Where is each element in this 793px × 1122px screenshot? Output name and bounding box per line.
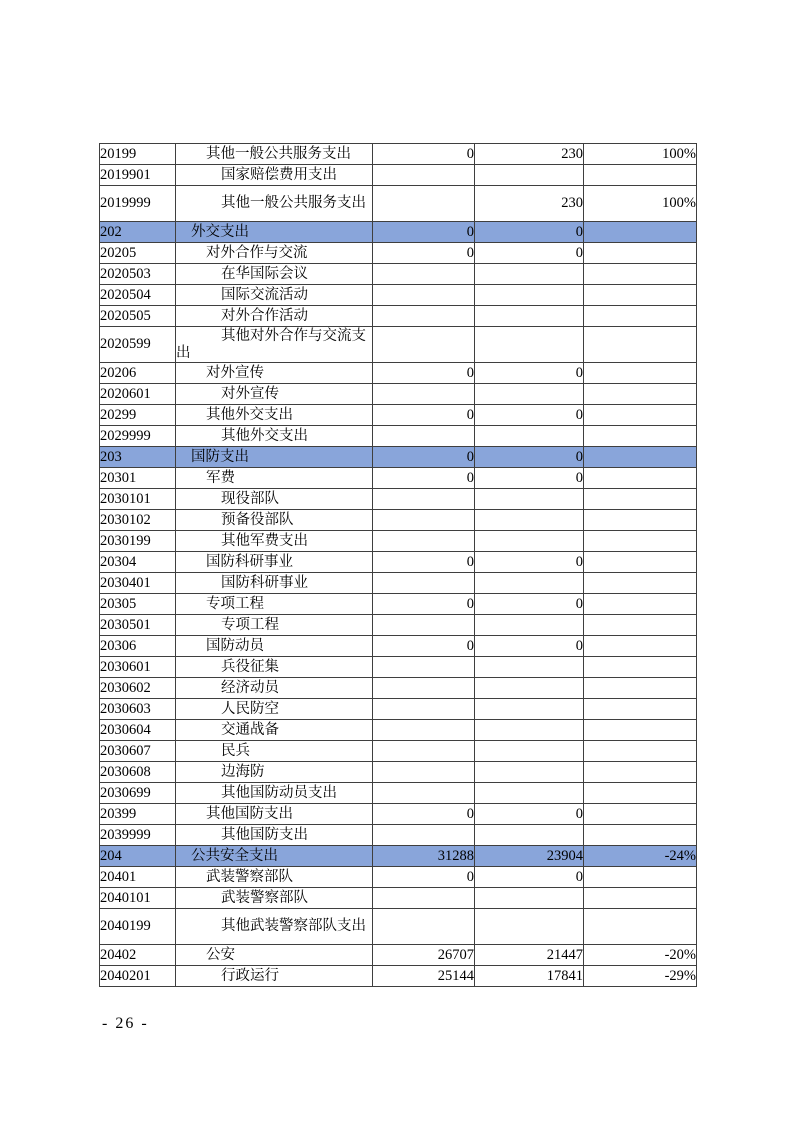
code-cell: 2030608 [100,762,176,783]
value-cell-1: 0 [373,804,475,825]
value-cell-2 [475,573,584,594]
percent-cell: 100% [584,144,697,165]
value-cell-1 [373,285,475,306]
value-cell-2 [475,615,584,636]
value-cell-2 [475,384,584,405]
percent-cell [584,657,697,678]
value-cell-1 [373,384,475,405]
percent-cell [584,678,697,699]
value-cell-2 [475,489,584,510]
value-cell-1 [373,489,475,510]
value-cell-2 [475,678,584,699]
value-cell-1: 0 [373,222,475,243]
value-cell-2: 0 [475,636,584,657]
table-row: 2020504 国际交流活动 [100,285,697,306]
percent-cell [584,825,697,846]
value-cell-2: 0 [475,468,584,489]
value-cell-2 [475,888,584,909]
table-row: 2020601 对外宣传 [100,384,697,405]
percent-cell [584,285,697,306]
percent-cell [584,762,697,783]
document-page: 20199 其他一般公共服务支出 0 230 100% 2019901 国家赔偿… [0,0,793,1122]
percent-cell [584,888,697,909]
table-row: 2019901 国家赔偿费用支出 [100,165,697,186]
code-cell: 2019901 [100,165,176,186]
label-cell: 公安 [176,945,373,966]
table-row: 2030603 人民防空 [100,699,697,720]
value-cell-1: 0 [373,447,475,468]
code-cell: 2030601 [100,657,176,678]
value-cell-1: 0 [373,552,475,573]
value-cell-1 [373,327,475,363]
value-cell-1 [373,510,475,531]
value-cell-1 [373,531,475,552]
table-row: 20399 其他国防支出 0 0 [100,804,697,825]
percent-cell [584,636,697,657]
value-cell-2 [475,720,584,741]
percent-cell [584,243,697,264]
percent-cell [584,867,697,888]
table-row: 2040101 武装警察部队 [100,888,697,909]
label-cell: 其他国防支出 [176,804,373,825]
label-cell: 交通战备 [176,720,373,741]
value-cell-1: 0 [373,867,475,888]
value-cell-1: 0 [373,243,475,264]
value-cell-2 [475,657,584,678]
value-cell-1 [373,186,475,222]
label-cell: 其他武装警察部队支出 [176,909,373,945]
percent-cell [584,531,697,552]
percent-cell [584,264,697,285]
table-row: 2030101 现役部队 [100,489,697,510]
value-cell-2 [475,699,584,720]
table-row: 2030102 预备役部队 [100,510,697,531]
code-cell: 202 [100,222,176,243]
table-row: 2030401 国防科研事业 [100,573,697,594]
value-cell-1 [373,657,475,678]
code-cell: 20304 [100,552,176,573]
code-cell: 2030699 [100,783,176,804]
code-cell: 20299 [100,405,176,426]
code-cell: 2030604 [100,720,176,741]
table-row: 2030608 边海防 [100,762,697,783]
percent-cell [584,720,697,741]
value-cell-1: 31288 [373,846,475,867]
value-cell-1: 26707 [373,945,475,966]
percent-cell [584,405,697,426]
code-cell: 2030603 [100,699,176,720]
code-cell: 20301 [100,468,176,489]
code-cell: 2040201 [100,966,176,987]
label-cell: 其他一般公共服务支出 [176,186,373,222]
label-cell: 其他一般公共服务支出 [176,144,373,165]
value-cell-2 [475,531,584,552]
table-row: 2020505 对外合作活动 [100,306,697,327]
value-cell-1 [373,741,475,762]
label-cell: 经济动员 [176,678,373,699]
code-cell: 2030602 [100,678,176,699]
value-cell-2: 0 [475,552,584,573]
code-cell: 2020599 [100,327,176,363]
value-cell-1 [373,165,475,186]
percent-cell [584,363,697,384]
value-cell-2: 0 [475,594,584,615]
code-cell: 20401 [100,867,176,888]
code-cell: 20205 [100,243,176,264]
label-cell: 预备役部队 [176,510,373,531]
code-cell: 2020505 [100,306,176,327]
code-cell: 2030401 [100,573,176,594]
table-row: 2030602 经济动员 [100,678,697,699]
code-cell: 2020504 [100,285,176,306]
table-row: 20205 对外合作与交流 0 0 [100,243,697,264]
table-row: 20304 国防科研事业 0 0 [100,552,697,573]
table-row: 2030699 其他国防动员支出 [100,783,697,804]
value-cell-1 [373,264,475,285]
table-row: 20199 其他一般公共服务支出 0 230 100% [100,144,697,165]
value-cell-2 [475,825,584,846]
label-cell: 兵役征集 [176,657,373,678]
value-cell-2: 0 [475,243,584,264]
value-cell-2: 21447 [475,945,584,966]
table-row: 20301 军费 0 0 [100,468,697,489]
code-cell: 2030199 [100,531,176,552]
code-cell: 20305 [100,594,176,615]
table-row: 2039999 其他国防支出 [100,825,697,846]
value-cell-2 [475,783,584,804]
value-cell-1: 25144 [373,966,475,987]
page-number: - 26 - [102,1015,149,1033]
value-cell-2: 0 [475,804,584,825]
value-cell-2 [475,285,584,306]
percent-cell [584,594,697,615]
percent-cell [584,306,697,327]
value-cell-1 [373,888,475,909]
label-cell: 民兵 [176,741,373,762]
budget-table: 20199 其他一般公共服务支出 0 230 100% 2019901 国家赔偿… [99,143,697,987]
percent-cell [584,165,697,186]
label-cell: 对外合作活动 [176,306,373,327]
label-cell: 其他国防动员支出 [176,783,373,804]
label-cell: 专项工程 [176,615,373,636]
table-row: 2020599 其他对外合作与交流支出 [100,327,697,363]
code-cell: 20399 [100,804,176,825]
label-cell: 人民防空 [176,699,373,720]
value-cell-2 [475,327,584,363]
label-cell: 武装警察部队 [176,888,373,909]
label-cell: 对外宣传 [176,384,373,405]
value-cell-2 [475,165,584,186]
code-cell: 204 [100,846,176,867]
table-row: 202 外交支出 0 0 [100,222,697,243]
percent-cell [584,510,697,531]
code-cell: 203 [100,447,176,468]
percent-cell [584,741,697,762]
table-row: 204 公共安全支出 31288 23904 -24% [100,846,697,867]
value-cell-1 [373,426,475,447]
label-cell: 国防动员 [176,636,373,657]
table-row: 20401 武装警察部队 0 0 [100,867,697,888]
value-cell-2: 230 [475,144,584,165]
label-cell: 外交支出 [176,222,373,243]
percent-cell [584,222,697,243]
label-cell: 武装警察部队 [176,867,373,888]
value-cell-1 [373,909,475,945]
value-cell-2: 230 [475,186,584,222]
value-cell-1 [373,615,475,636]
code-cell: 2039999 [100,825,176,846]
value-cell-1: 0 [373,636,475,657]
code-cell: 20206 [100,363,176,384]
value-cell-1 [373,825,475,846]
code-cell: 2040101 [100,888,176,909]
label-cell: 对外宣传 [176,363,373,384]
table-row: 20299 其他外交支出 0 0 [100,405,697,426]
code-cell: 2030101 [100,489,176,510]
code-cell: 2040199 [100,909,176,945]
percent-cell: -24% [584,846,697,867]
percent-cell [584,489,697,510]
percent-cell [584,573,697,594]
code-cell: 2029999 [100,426,176,447]
label-cell: 对外合作与交流 [176,243,373,264]
label-cell: 行政运行 [176,966,373,987]
table-row: 2019999 其他一般公共服务支出 230 100% [100,186,697,222]
code-cell: 2019999 [100,186,176,222]
table-row: 2020503 在华国际会议 [100,264,697,285]
value-cell-2: 17841 [475,966,584,987]
percent-cell [584,783,697,804]
table-row: 20305 专项工程 0 0 [100,594,697,615]
table-row: 2030607 民兵 [100,741,697,762]
value-cell-1 [373,573,475,594]
label-cell: 公共安全支出 [176,846,373,867]
value-cell-1 [373,720,475,741]
value-cell-2: 0 [475,222,584,243]
label-cell: 专项工程 [176,594,373,615]
value-cell-2: 0 [475,405,584,426]
label-cell: 其他对外合作与交流支出 [176,327,373,363]
table-row: 203 国防支出 0 0 [100,447,697,468]
label-cell: 边海防 [176,762,373,783]
value-cell-1: 0 [373,363,475,384]
percent-cell: -20% [584,945,697,966]
value-cell-2 [475,510,584,531]
percent-cell [584,426,697,447]
percent-cell [584,615,697,636]
code-cell: 20199 [100,144,176,165]
table-row: 2040201 行政运行 25144 17841 -29% [100,966,697,987]
value-cell-1 [373,699,475,720]
label-cell: 其他外交支出 [176,405,373,426]
label-cell: 军费 [176,468,373,489]
table-row: 2030604 交通战备 [100,720,697,741]
label-cell: 国防科研事业 [176,552,373,573]
table-row: 2030601 兵役征集 [100,657,697,678]
label-cell: 国防支出 [176,447,373,468]
label-cell: 国际交流活动 [176,285,373,306]
table-row: 2030199 其他军费支出 [100,531,697,552]
percent-cell: 100% [584,186,697,222]
label-cell: 其他外交支出 [176,426,373,447]
value-cell-2: 0 [475,363,584,384]
label-cell: 现役部队 [176,489,373,510]
percent-cell [584,804,697,825]
code-cell: 2030501 [100,615,176,636]
value-cell-1 [373,783,475,804]
value-cell-1: 0 [373,405,475,426]
value-cell-2 [475,264,584,285]
percent-cell: -29% [584,966,697,987]
label-cell: 在华国际会议 [176,264,373,285]
percent-cell [584,447,697,468]
value-cell-1: 0 [373,468,475,489]
value-cell-1 [373,306,475,327]
table-row: 2029999 其他外交支出 [100,426,697,447]
value-cell-2 [475,426,584,447]
value-cell-1: 0 [373,144,475,165]
percent-cell [584,909,697,945]
code-cell: 2020503 [100,264,176,285]
table-row: 20206 对外宣传 0 0 [100,363,697,384]
code-cell: 2030102 [100,510,176,531]
code-cell: 2020601 [100,384,176,405]
value-cell-2: 23904 [475,846,584,867]
percent-cell [584,552,697,573]
label-cell: 国家赔偿费用支出 [176,165,373,186]
percent-cell [584,327,697,363]
code-cell: 20306 [100,636,176,657]
percent-cell [584,699,697,720]
percent-cell [584,468,697,489]
table-row: 2030501 专项工程 [100,615,697,636]
value-cell-1: 0 [373,594,475,615]
label-cell: 其他国防支出 [176,825,373,846]
budget-table-body: 20199 其他一般公共服务支出 0 230 100% 2019901 国家赔偿… [100,144,697,987]
code-cell: 20402 [100,945,176,966]
value-cell-2: 0 [475,447,584,468]
percent-cell [584,384,697,405]
value-cell-1 [373,762,475,783]
label-cell: 国防科研事业 [176,573,373,594]
label-cell: 其他军费支出 [176,531,373,552]
code-cell: 2030607 [100,741,176,762]
value-cell-2: 0 [475,867,584,888]
value-cell-2 [475,306,584,327]
table-row: 2040199 其他武装警察部队支出 [100,909,697,945]
table-row: 20306 国防动员 0 0 [100,636,697,657]
value-cell-1 [373,678,475,699]
value-cell-2 [475,762,584,783]
value-cell-2 [475,909,584,945]
table-row: 20402 公安 26707 21447 -20% [100,945,697,966]
value-cell-2 [475,741,584,762]
